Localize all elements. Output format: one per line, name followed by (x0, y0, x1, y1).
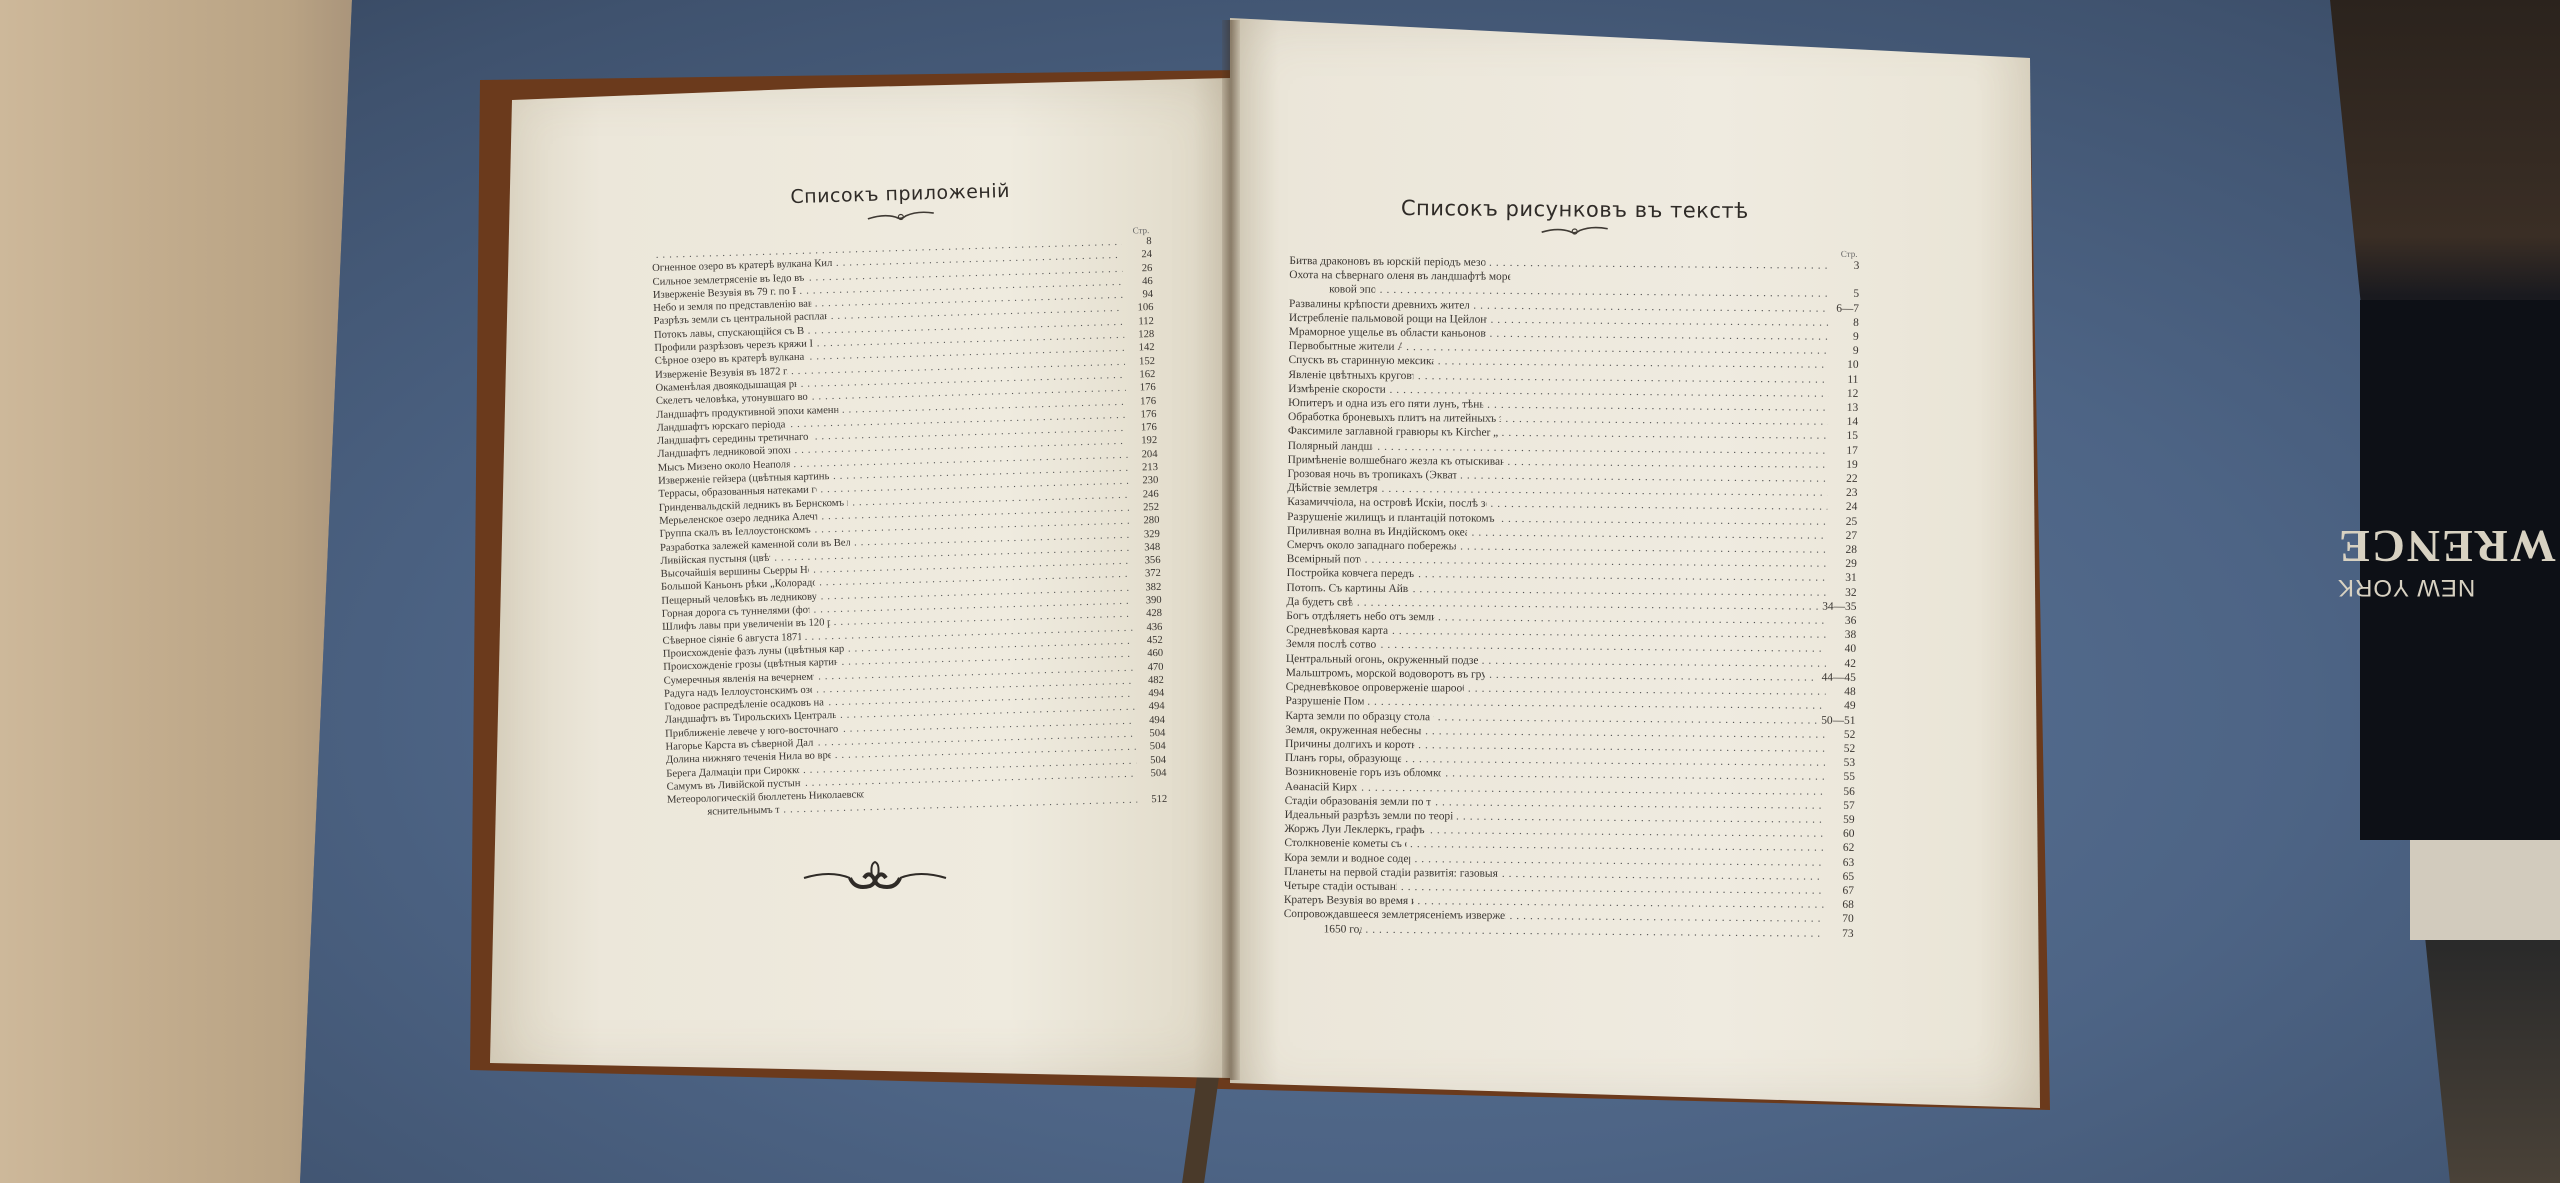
toc-page-number: 53 (1829, 756, 1855, 770)
toc-page-number: 27 (1831, 529, 1857, 543)
toc-entry-title: Кратеръ Везувiя во время изверженiя (1284, 893, 1414, 908)
toc-page-number: 24 (1831, 500, 1857, 514)
toc-page-number: 176 (1130, 381, 1156, 395)
toc-entry-title: Средневѣковая карта земли (1286, 623, 1388, 638)
toc-page-number: 13 (1832, 401, 1858, 415)
right-page-content: Списокъ рисунковъ въ текстѣ Стр. Битва д… (1284, 195, 1860, 941)
toc-page-number: 36 (1830, 614, 1856, 628)
toc-entry-title: Земля послѣ сотворенiя (1286, 637, 1377, 652)
toc-page-number: 280 (1133, 514, 1159, 528)
toc-entry-title: Явленiе цвѣтныхъ круговъ или галó (1288, 368, 1414, 383)
toc-entry-title: Постройка ковчега передъ потопомъ (1287, 566, 1415, 581)
toc-page-number: 24 (1126, 248, 1152, 262)
toc-page-number: 67 (1828, 884, 1854, 898)
toc-page-number: 52 (1829, 742, 1855, 756)
toc-page-number: 5 (1833, 287, 1859, 301)
toc-page-number: 152 (1129, 355, 1155, 369)
toc-page-number: 73 (1828, 926, 1854, 940)
toc-page-number: 50—51 (1821, 713, 1855, 728)
toc-entry-title: Столкновенiе кометы съ солнцемъ (1284, 836, 1406, 851)
right-toc-list: Битва драконовъ въ юрскiй перiодъ мезозо… (1284, 254, 1860, 941)
toc-page-number: 204 (1131, 448, 1157, 462)
toc-entry-title: Охота на сѣвернаго оленя въ ландшафтѣ мо… (1289, 268, 1511, 284)
toc-page-number: 252 (1133, 501, 1159, 515)
toc-entry-title: Первобытные жители Америки (1289, 339, 1403, 354)
toc-page-number: 70 (1828, 912, 1854, 926)
toc-page-number: 14 (1832, 415, 1858, 429)
toc-entry-title: Приливная волна въ Индiйскомъ океанѣ на … (1287, 524, 1468, 540)
toc-page-number: 34—35 (1822, 600, 1856, 615)
toc-page-number: 60 (1828, 827, 1854, 841)
toc-page-number: 9 (1833, 330, 1859, 344)
toc-page-number: 106 (1127, 301, 1153, 315)
toc-entry-title: Богъ отдѣляетъ небо отъ земли. По Рафаэл… (1286, 609, 1434, 624)
toc-page-number: 15 (1832, 429, 1858, 443)
toc-page-number: 329 (1134, 527, 1160, 541)
title-ornament-icon (1290, 221, 1860, 241)
left-toc-list: 8Огненное озеро въ кратерѣ вулкана Килау… (652, 235, 1168, 821)
toc-entry-title: Измѣренiе скорости звука (1288, 382, 1385, 397)
toc-page-number: 42 (1830, 656, 1856, 670)
toc-page-number: 22 (1831, 472, 1857, 486)
toc-page-number: 94 (1127, 288, 1153, 302)
toc-entry-title: Земля, окруженная небесными стѣнами (1285, 723, 1421, 738)
toc-page-number: 26 (1126, 262, 1152, 276)
toc-entry-title: 1650 году (1324, 922, 1362, 937)
toc-page-number: 40 (1830, 642, 1856, 656)
bottom-ornament-icon (800, 858, 950, 894)
toc-entry-title: Сопровождавшееся землетрясенiемъ изверже… (1284, 907, 1506, 923)
toc-page-number: 494 (1138, 700, 1164, 714)
toc-page-number: 44—45 (1822, 671, 1856, 686)
toc-page-number: 504 (1140, 767, 1166, 781)
background-book-line1: NEW YORK (2337, 573, 2556, 601)
toc-entry-title: Кора земли и водное содержимое ея (1284, 851, 1410, 866)
toc-page-number: 356 (1134, 554, 1160, 568)
toc-entry-title: Причины долгихъ и короткихъ ночей (1285, 737, 1414, 752)
toc-page-number: 128 (1128, 328, 1154, 342)
toc-entry-title: ковой эпохи (1329, 283, 1376, 298)
toc-page-number: 48 (1830, 685, 1856, 699)
toc-page-number: 494 (1139, 714, 1165, 728)
toc-page-number: 56 (1829, 784, 1855, 798)
toc-page-number: 63 (1828, 855, 1854, 869)
toc-page-number: 230 (1132, 474, 1158, 488)
toc-page-number: 28 (1831, 543, 1857, 557)
toc-page-number: 68 (1828, 898, 1854, 912)
toc-page-number: 504 (1140, 753, 1166, 767)
toc-entry-title: Дѣйствiе землетрясенiя (1287, 481, 1377, 496)
toc-page-number: 348 (1134, 541, 1160, 555)
toc-page-number: 38 (1830, 628, 1856, 642)
toc-page-number: 62 (1828, 841, 1854, 855)
toc-entry-title: Спускъ въ старинную мексиканскую шахту (1288, 353, 1433, 368)
toc-leader-dots (1489, 256, 1829, 273)
toc-entry-title: Развалины крѣпости древнихъ жителей ущел… (1289, 297, 1469, 313)
toc-page-number: 10 (1832, 358, 1858, 372)
toc-entry-title: Смерчъ около западнаго побережья Африки … (1287, 538, 1456, 554)
toc-page-number: 49 (1829, 699, 1855, 713)
toc-page-number: 176 (1130, 395, 1156, 409)
toc-page-number: 162 (1129, 368, 1155, 382)
toc-page-number: 19 (1832, 458, 1858, 472)
toc-page-number: 176 (1131, 421, 1157, 435)
toc-page-number: 460 (1137, 647, 1163, 661)
toc-page-number: 55 (1829, 770, 1855, 784)
toc-entry-title: Полярный ландшафтъ (1288, 439, 1374, 454)
toc-entry-title: Потопъ. Съ картины Айвазовскаго (1287, 581, 1409, 596)
toc-entry-title: Карта земли по образцу стола Скинiи Моис… (1285, 708, 1433, 723)
toc-page-number: 494 (1138, 687, 1164, 701)
toc-page-number (1141, 789, 1167, 790)
toc-page-number: 246 (1133, 488, 1159, 502)
toc-page-number: 8 (1125, 235, 1151, 249)
toc-entry-title: Жоржъ Луи Леклеркъ, графъ де Бюффонъ (1284, 822, 1426, 837)
toc-page-number: 482 (1138, 674, 1164, 688)
toc-page-number: 470 (1137, 660, 1163, 674)
toc-page-number: 504 (1139, 727, 1165, 741)
toc-page-number: 32 (1830, 585, 1856, 599)
left-page-content: Списокъ приложенiй Стр. 8Огненное озеро … (650, 176, 1167, 820)
toc-page-number: 23 (1831, 486, 1857, 500)
toc-page-number: 112 (1128, 315, 1154, 329)
book-gutter (1222, 20, 1240, 1080)
toc-page-number: 512 (1141, 793, 1167, 807)
toc-page-number: 504 (1140, 740, 1166, 754)
toc-page-number: 372 (1135, 567, 1161, 581)
toc-page-number: 436 (1136, 620, 1162, 634)
toc-page-number: 192 (1131, 434, 1157, 448)
toc-entry-title: Да будетъ свѣтъ! (1286, 595, 1353, 610)
wooden-desk-surface (0, 0, 360, 1183)
toc-page-number: 428 (1136, 607, 1162, 621)
toc-page-number: 11 (1832, 372, 1858, 386)
toc-entry-title: Разрушенiе Помпеи (1286, 694, 1364, 709)
background-book-line2: WRENCE (2337, 520, 2556, 573)
toc-entry-title: яснительнымъ текстомъ) (707, 804, 779, 819)
toc-page-number: 390 (1135, 594, 1161, 608)
toc-page-number: 29 (1831, 557, 1857, 571)
toc-entry-title: Стадiи образованiя земли по теорiи Бёрне… (1285, 794, 1432, 809)
background-paper (2410, 840, 2560, 940)
toc-entry-title: Возникновенiе горъ изъ обломковъ земной … (1285, 765, 1441, 781)
toc-entry-title: Планъ горы, образующей землю (1285, 751, 1401, 766)
toc-entry-title: Четыре стадiи остыванiя земли (1284, 879, 1397, 894)
toc-entry-title: Средневѣковое опроверженiе шарообразной … (1286, 680, 1464, 696)
toc-page-number: 52 (1829, 727, 1855, 741)
toc-page-number: 452 (1137, 634, 1163, 648)
toc-page-number: 213 (1132, 461, 1158, 475)
toc-page-number: 65 (1828, 869, 1854, 883)
toc-page-number: 25 (1831, 514, 1857, 528)
right-page-title: Списокъ рисунковъ въ текстѣ (1290, 195, 1860, 224)
toc-page-number: 8 (1833, 316, 1859, 330)
toc-page-number: 6—7 (1833, 301, 1859, 315)
toc-entry-title: Всемiрный потопъ (1287, 552, 1361, 567)
toc-page-number: 12 (1832, 387, 1858, 401)
toc-page-number: 9 (1833, 344, 1859, 358)
background-book-title: NEW YORK WRENCE (2337, 520, 2556, 601)
toc-page-number: 142 (1128, 341, 1154, 355)
toc-page-number: 176 (1130, 408, 1156, 422)
toc-page-number: 59 (1829, 813, 1855, 827)
toc-entry-title: Идеальный разрѣзъ земли по теорiи Джона … (1285, 808, 1453, 824)
toc-page-number: 31 (1831, 571, 1857, 585)
toc-page-number: 3 (1833, 259, 1859, 273)
toc-entry-title: Аѳанасiй Кирхеръ (1285, 779, 1357, 794)
toc-page-number: 46 (1127, 275, 1153, 289)
toc-entry-title: Грозовая ночь въ тропикахъ (Экваторiальн… (1288, 467, 1457, 483)
toc-page-number: 382 (1135, 581, 1161, 595)
toc-page-number: 17 (1832, 443, 1858, 457)
toc-page-number: 57 (1829, 798, 1855, 812)
